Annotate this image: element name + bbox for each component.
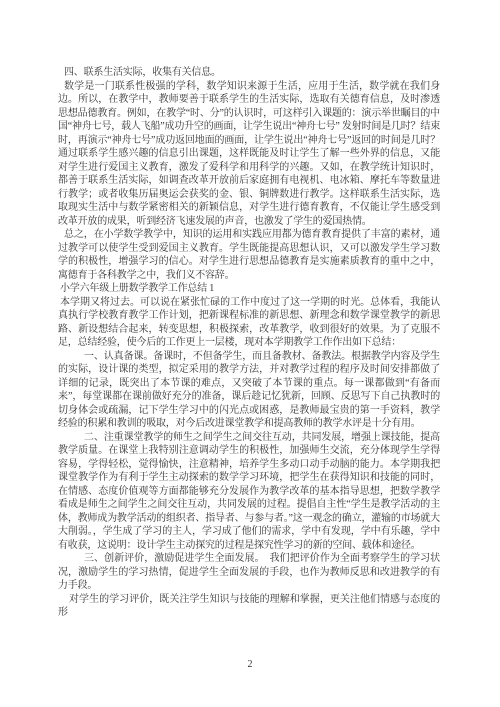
report-intro-paragraph: 本学期又将过去。可以说在紧张忙碌的工作中度过了这一学期的时光。总体看，我能认真执… bbox=[58, 296, 440, 350]
document-text-block: 四、联系生活实际，收集有关信息。 数学是一门联系性极强的学科，数学知识来源于生活… bbox=[58, 66, 440, 620]
section4-heading: 四、联系生活实际，收集有关信息。 bbox=[58, 66, 440, 80]
report-point3-paragraph: 三、创新评价，激励促进学生全面发展。 我们把评价作为全面考察学生的学习状况，激励… bbox=[58, 552, 440, 593]
report-point2-paragraph: 二、注重课堂教学的师生之间学生之间交往互动，共同发展，增强上课技能，提高教学质量… bbox=[58, 431, 440, 553]
page-number: 2 bbox=[0, 659, 500, 670]
document-page: 四、联系生活实际，收集有关信息。 数学是一门联系性极强的学科，数学知识来源于生活… bbox=[0, 0, 500, 707]
report-closing-paragraph: 对学生的学习评价，既关注学生知识与技能的理解和掌握，更关注他们情感与态度的形 bbox=[58, 593, 440, 620]
section4-summary-paragraph: 总之，在小学数学教学中，知识的运用和实践应用都为德育教育提供了丰富的素材，通过教… bbox=[58, 228, 440, 282]
report-point1-paragraph: 一、认真备课。备课时，不但备学生，而且备教材、备教法。根据教学内容及学生的实际，… bbox=[58, 350, 440, 431]
section4-body-paragraph: 数学是一门联系性极强的学科，数学知识来源于生活，应用于生活，数学就在我们身边。所… bbox=[58, 80, 440, 229]
report-title: 小学六年级上册数学教学工作总结 1 bbox=[58, 282, 440, 296]
